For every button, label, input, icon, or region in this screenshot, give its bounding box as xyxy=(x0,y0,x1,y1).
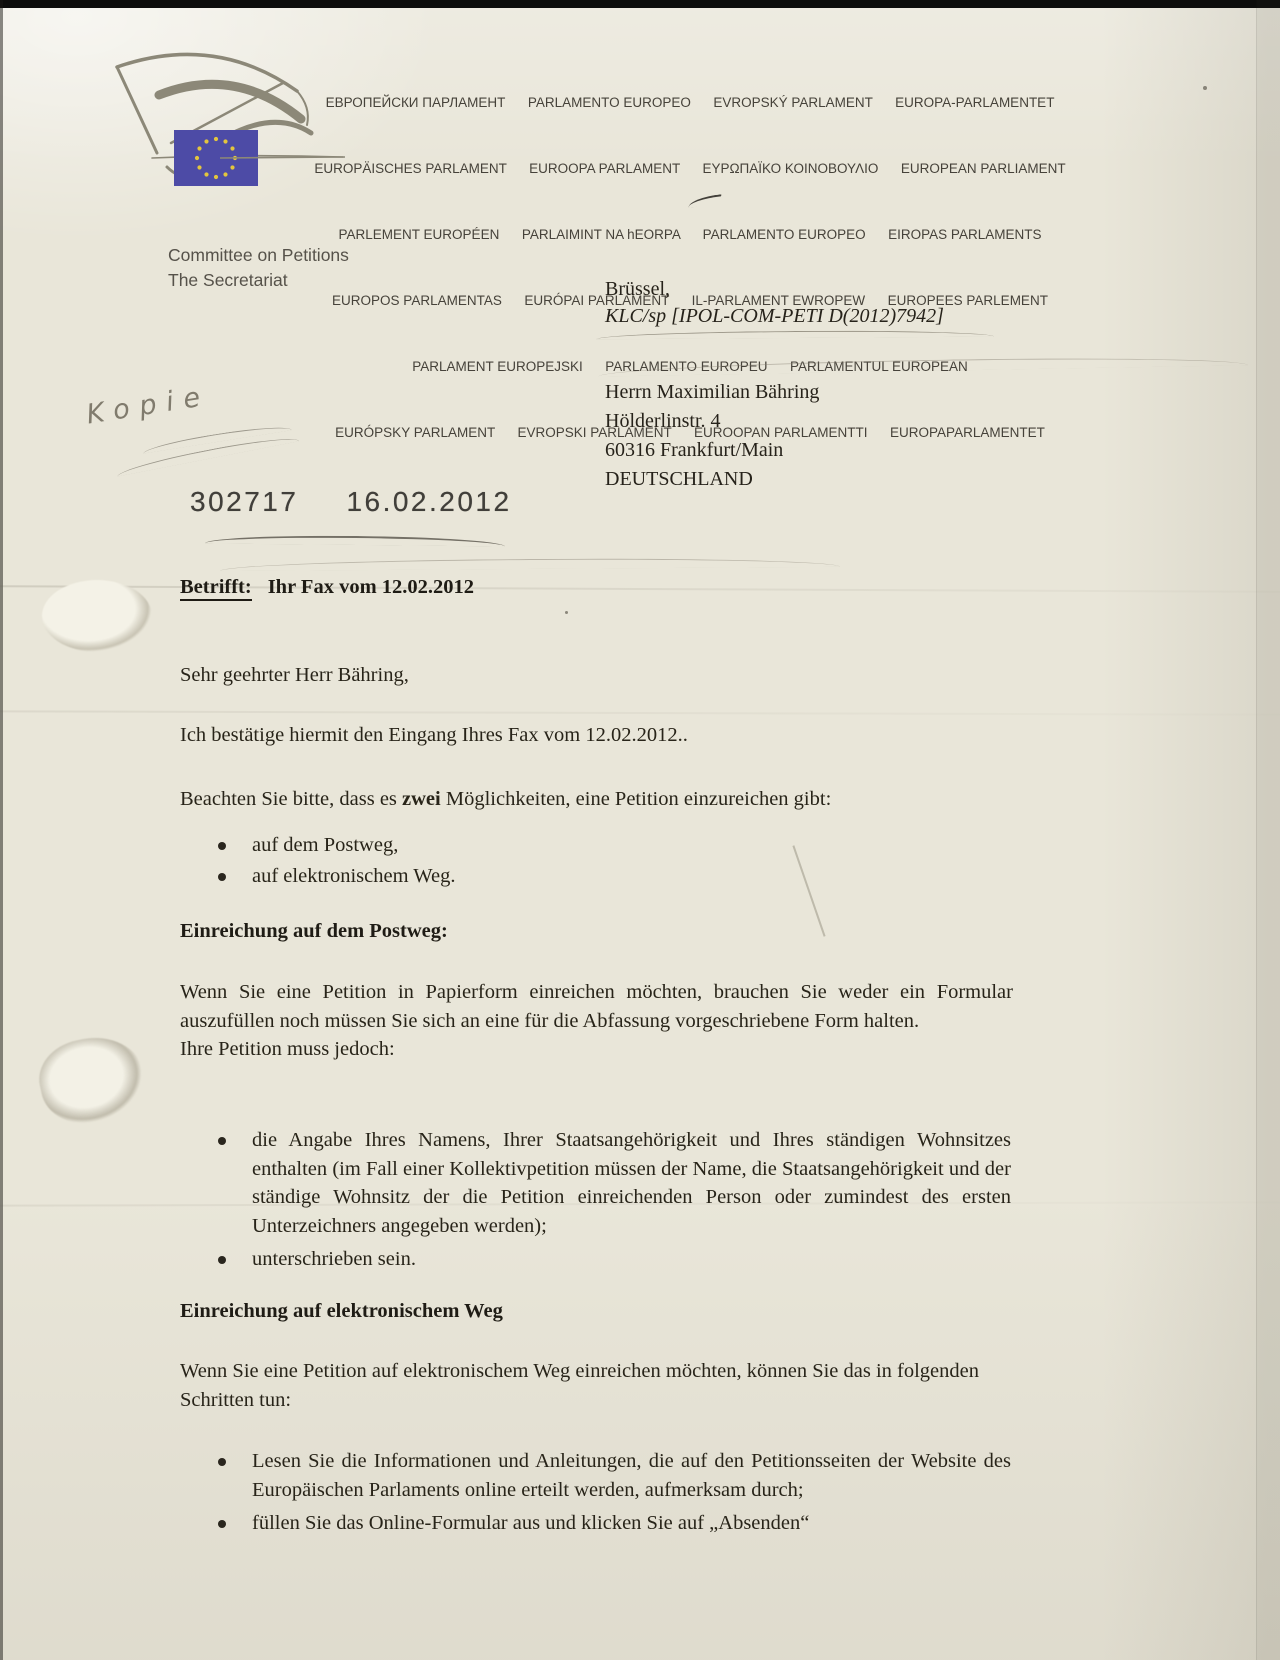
scan-edge-top xyxy=(0,0,1280,8)
list-item-text: unterschrieben sein. xyxy=(252,1245,1011,1274)
paper-speck xyxy=(565,611,568,614)
electronic-paragraph-text: Wenn Sie eine Petition auf elektronische… xyxy=(180,1357,1013,1414)
postal-heading: Einreichung auf dem Postweg: xyxy=(180,917,448,946)
paper-dent xyxy=(42,580,152,652)
list-item-text: auf dem Postweg, xyxy=(252,831,398,860)
postal-paragraph: Wenn Sie eine Petition in Papierform ein… xyxy=(180,978,1013,1064)
scan-edge-right xyxy=(1256,0,1280,1660)
options-list: auf dem Postweg, auf elektronischem Weg. xyxy=(218,831,455,890)
committee-name: Committee on Petitions xyxy=(168,243,349,268)
bullet-dot xyxy=(218,873,226,881)
pencil-underline xyxy=(205,534,505,546)
subject-line: Betrifft:Ihr Fax vom 12.02.2012 xyxy=(180,576,474,599)
list-item: unterschrieben sein. xyxy=(218,1245,1011,1274)
bullet-dot xyxy=(218,1256,226,1264)
recipient-name: Herrn Maximilian Bähring xyxy=(605,378,819,407)
subject-label: Betrifft: xyxy=(180,576,252,601)
electronic-paragraph: Wenn Sie eine Petition auf elektronische… xyxy=(180,1357,1013,1414)
scanned-letter-page: ЕВРОПЕЙСКИ ПАРЛАМЕНТ PARLAMENTO EUROPEO … xyxy=(0,0,1280,1660)
postal-paragraph-text2: Ihre Petition muss jedoch: xyxy=(180,1035,1013,1064)
list-item: die Angabe Ihres Namens, Ihrer Staatsang… xyxy=(218,1126,1011,1240)
bullet-dot xyxy=(218,1520,226,1528)
scan-edge-left xyxy=(0,0,3,1660)
list-item-text: die Angabe Ihres Namens, Ihrer Staatsang… xyxy=(252,1126,1011,1240)
postal-paragraph-text: Wenn Sie eine Petition in Papierform ein… xyxy=(180,978,1013,1035)
stamp-date: 16.02.2012 xyxy=(346,486,511,517)
stamp-number: 302717 xyxy=(190,486,298,517)
salutation: Sehr geehrter Herr Bähring, xyxy=(180,661,409,690)
bullet-dot xyxy=(218,1137,226,1145)
letterhead-line: PARLEMENT EUROPÉEN PARLAIMINT NA hEORPA … xyxy=(235,224,1145,246)
paper-scratch xyxy=(792,845,825,936)
list-item-text: Lesen Sie die Informationen und Anleitun… xyxy=(252,1447,1011,1504)
reference-city: Brüssel, xyxy=(605,276,944,303)
list-item-text: auf elektronischem Weg. xyxy=(252,862,455,891)
recipient-street: Hölderlinstr. 4 xyxy=(605,407,819,436)
postal-requirements-list: die Angabe Ihres Namens, Ihrer Staatsang… xyxy=(218,1126,1011,1274)
bullet-dot xyxy=(218,1458,226,1466)
sender-block: Committee on Petitions The Secretariat xyxy=(168,243,349,293)
paper-dent xyxy=(32,1028,152,1133)
letterhead-line: ЕВРОПЕЙСКИ ПАРЛАМЕНТ PARLAMENTO EUROPEO … xyxy=(235,92,1145,114)
bullet-dot xyxy=(218,842,226,850)
letterhead-line: EUROPÄISCHES PARLAMENT EUROOPA PARLAMENT… xyxy=(235,158,1145,180)
reference-code: KLC/sp [IPOL-COM-PETI D(2012)7942] xyxy=(605,303,944,330)
list-item: auf dem Postweg, xyxy=(218,831,455,860)
subject-text: Ihr Fax vom 12.02.2012 xyxy=(268,576,474,598)
recipient-address: Herrn Maximilian Bähring Hölderlinstr. 4… xyxy=(605,378,819,494)
secretariat-name: The Secretariat xyxy=(168,268,349,293)
paper-crease xyxy=(0,710,1280,715)
options-intro-post: Möglichkeiten, eine Petition einzureiche… xyxy=(441,788,832,810)
options-intro-bold: zwei xyxy=(402,788,441,810)
list-item-text: füllen Sie das Online-Formular aus und k… xyxy=(252,1509,1011,1538)
options-intro: Beachten Sie bitte, dass es zwei Möglich… xyxy=(180,785,831,814)
pencil-underline xyxy=(220,557,840,571)
electronic-steps-list: Lesen Sie die Informationen und Anleitun… xyxy=(218,1447,1011,1538)
electronic-heading: Einreichung auf elektronischem Weg xyxy=(180,1297,503,1326)
confirmation-sentence: Ich bestätige hiermit den Eingang Ihres … xyxy=(180,721,688,750)
handwritten-note: Kopie xyxy=(84,380,212,430)
list-item: Lesen Sie die Informationen und Anleitun… xyxy=(218,1447,1011,1504)
recipient-city: 60316 Frankfurt/Main xyxy=(605,436,819,465)
recipient-country: DEUTSCHLAND xyxy=(605,465,819,494)
list-item: auf elektronischem Weg. xyxy=(218,862,455,891)
list-item: füllen Sie das Online-Formular aus und k… xyxy=(218,1509,1011,1538)
paper-speck xyxy=(1203,86,1207,90)
received-stamp: 30271716.02.2012 xyxy=(190,486,512,518)
options-intro-pre: Beachten Sie bitte, dass es xyxy=(180,788,402,810)
reference-block: Brüssel, KLC/sp [IPOL-COM-PETI D(2012)79… xyxy=(605,276,944,330)
